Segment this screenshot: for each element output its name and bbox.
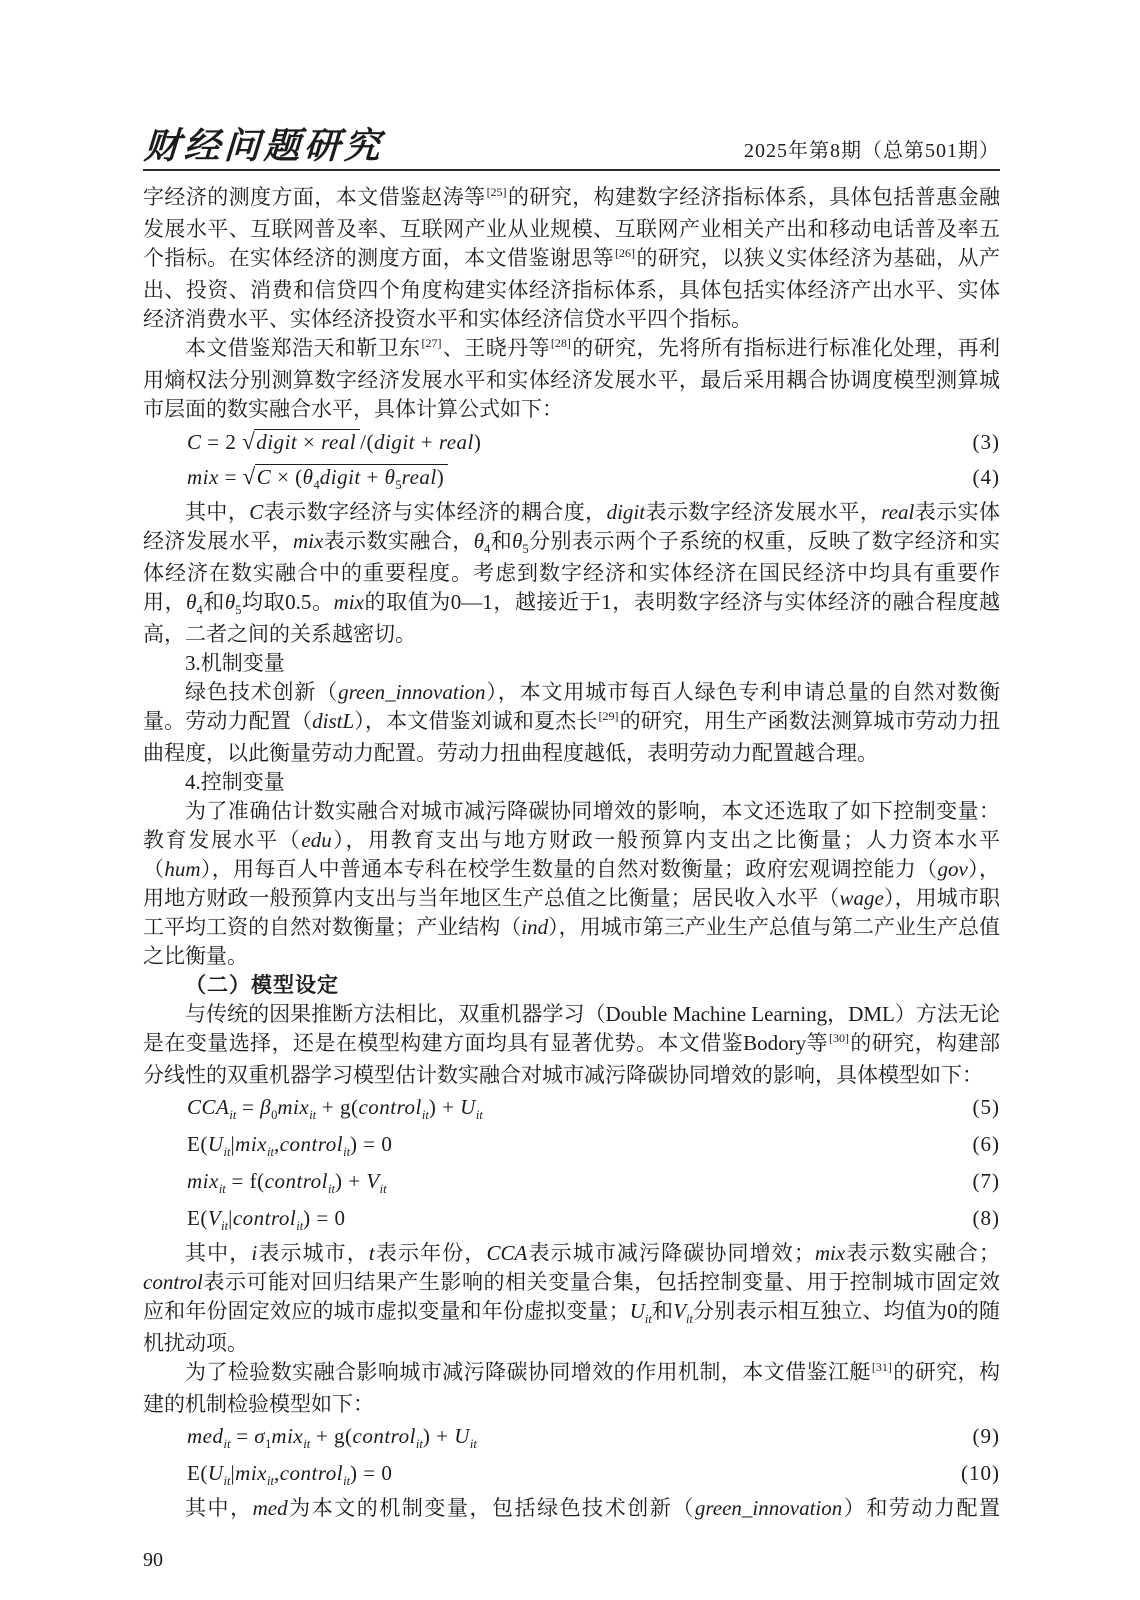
article-body: 字经济的测度方面，本文借鉴赵涛等[25]的研究，构建数字经济指标体系，具体包括普… xyxy=(143,183,1000,1523)
formula-expression: E(Uit|mixit,controlit) = 0 xyxy=(187,1128,392,1164)
formula-expression: CCAit = β0mixit + g(controlit) + Uit xyxy=(187,1091,483,1127)
formula-row: E(Uit|mixit,controlit) = 0(10) xyxy=(143,1457,1000,1493)
paragraph: 其中，C表示数字经济与实体经济的耦合度，digit表示数字经济发展水平，real… xyxy=(143,498,1000,649)
formula-row: E(Vit|controlit) = 0(8) xyxy=(143,1202,1000,1238)
citation-ref: [26] xyxy=(614,246,636,260)
paragraph: 与传统的因果推断方法相比，双重机器学习（Double Machine Learn… xyxy=(143,1000,1000,1090)
header-divider xyxy=(143,169,1000,171)
journal-page: 财经问题研究 2025年第8期（总第501期） 字经济的测度方面，本文借鉴赵涛等… xyxy=(0,0,1140,1600)
formula-expression: mix = √C × (θ4digit + θ5real) xyxy=(187,460,448,497)
paragraph: 为了检验数实融合影响城市减污降碳协同增效的作用机制，本文借鉴江艇[31]的研究，… xyxy=(143,1358,1000,1419)
citation-ref: [27] xyxy=(420,336,442,350)
sqrt-radical: √digit × real xyxy=(242,430,360,454)
paragraph: 其中，i表示城市，t表示年份，CCA表示城市减污降碳协同增效；mix表示数实融合… xyxy=(143,1239,1000,1358)
formula-number: (8) xyxy=(973,1202,1001,1235)
formula-expression: medit = σ1mixit + g(controlit) + Uit xyxy=(187,1420,477,1456)
formula-row: CCAit = β0mixit + g(controlit) + Uit(5) xyxy=(143,1091,1000,1127)
paragraph: 本文借鉴郑浩天和靳卫东[27]、王晓丹等[28]的研究，先将所有指标进行标准化处… xyxy=(143,334,1000,424)
journal-logo: 财经问题研究 xyxy=(143,126,385,166)
issue-info: 2025年第8期（总第501期） xyxy=(744,139,1000,166)
sqrt-sign-icon: √ xyxy=(243,464,256,489)
citation-ref: [29] xyxy=(597,709,619,723)
citation-ref: [31] xyxy=(871,1360,893,1374)
citation-ref: [30] xyxy=(828,1031,850,1045)
paragraph: 字经济的测度方面，本文借鉴赵涛等[25]的研究，构建数字经济指标体系，具体包括普… xyxy=(143,183,1000,334)
formula-number: (9) xyxy=(973,1420,1001,1453)
formula-number: (7) xyxy=(973,1165,1001,1198)
formula-expression: mixit = f(controlit) + Vit xyxy=(187,1165,387,1201)
paragraph: 其中，med为本文的机制变量，包括绿色技术创新（green_innovation… xyxy=(143,1494,1000,1523)
section-heading: （二）模型设定 xyxy=(143,971,1000,1000)
formula-number: (3) xyxy=(973,426,1001,459)
formula-number: (6) xyxy=(973,1128,1001,1161)
formula-row: E(Uit|mixit,controlit) = 0(6) xyxy=(143,1128,1000,1164)
formula-expression: E(Uit|mixit,controlit) = 0 xyxy=(187,1457,392,1493)
page-header: 财经问题研究 2025年第8期（总第501期） xyxy=(143,126,1000,166)
paragraph: 为了准确估计数实融合对城市减污降碳协同增效的影响，本文还选取了如下控制变量：教育… xyxy=(143,797,1000,971)
section-heading: 3.机制变量 xyxy=(143,649,1000,678)
formula-expression: C = 2 √digit × real/(digit + real) xyxy=(187,425,481,459)
formula-expression: E(Vit|controlit) = 0 xyxy=(187,1202,346,1238)
formula-number: (5) xyxy=(973,1091,1001,1124)
formula-number: (4) xyxy=(973,461,1001,494)
formula-row: medit = σ1mixit + g(controlit) + Uit(9) xyxy=(143,1420,1000,1456)
citation-ref: [28] xyxy=(550,336,572,350)
sqrt-radical: √C × (θ4digit + θ5real) xyxy=(243,465,449,489)
citation-ref: [25] xyxy=(486,185,508,199)
page-footer: 90 xyxy=(143,1549,1000,1572)
paragraph: 绿色技术创新（green_innovation），本文用城市每百人绿色专利申请总… xyxy=(143,678,1000,768)
section-heading: 4.控制变量 xyxy=(143,768,1000,797)
formula-row: mixit = f(controlit) + Vit(7) xyxy=(143,1165,1000,1201)
page-number: 90 xyxy=(143,1549,163,1571)
formula-row: C = 2 √digit × real/(digit + real)(3) xyxy=(143,425,1000,459)
formula-row: mix = √C × (θ4digit + θ5real)(4) xyxy=(143,460,1000,497)
formula-number: (10) xyxy=(961,1457,1000,1490)
